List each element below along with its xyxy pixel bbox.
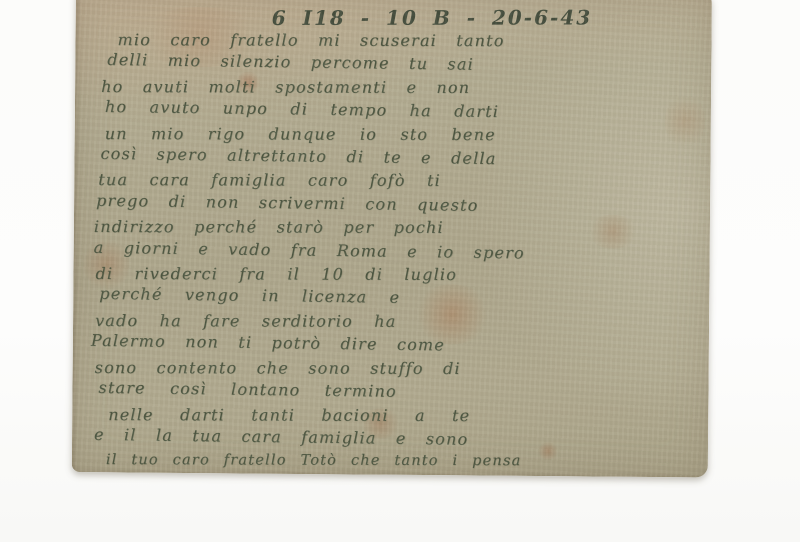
handwritten-letter: 6 I18 - 10 B - 20-6-43 mio caro fratello…: [72, 0, 712, 476]
handwritten-line: il tuo caro fratello Totò che tanto i pe…: [106, 449, 700, 474]
postcard: 6 I18 - 10 B - 20-6-43 mio caro fratello…: [72, 0, 712, 478]
letter-body: mio caro fratello mi scuserai tanto dell…: [92, 26, 704, 476]
scanned-image: 6 I18 - 10 B - 20-6-43 mio caro fratello…: [0, 0, 800, 542]
date-header: 6 I18 - 10 B - 20-6-43: [272, 5, 704, 30]
